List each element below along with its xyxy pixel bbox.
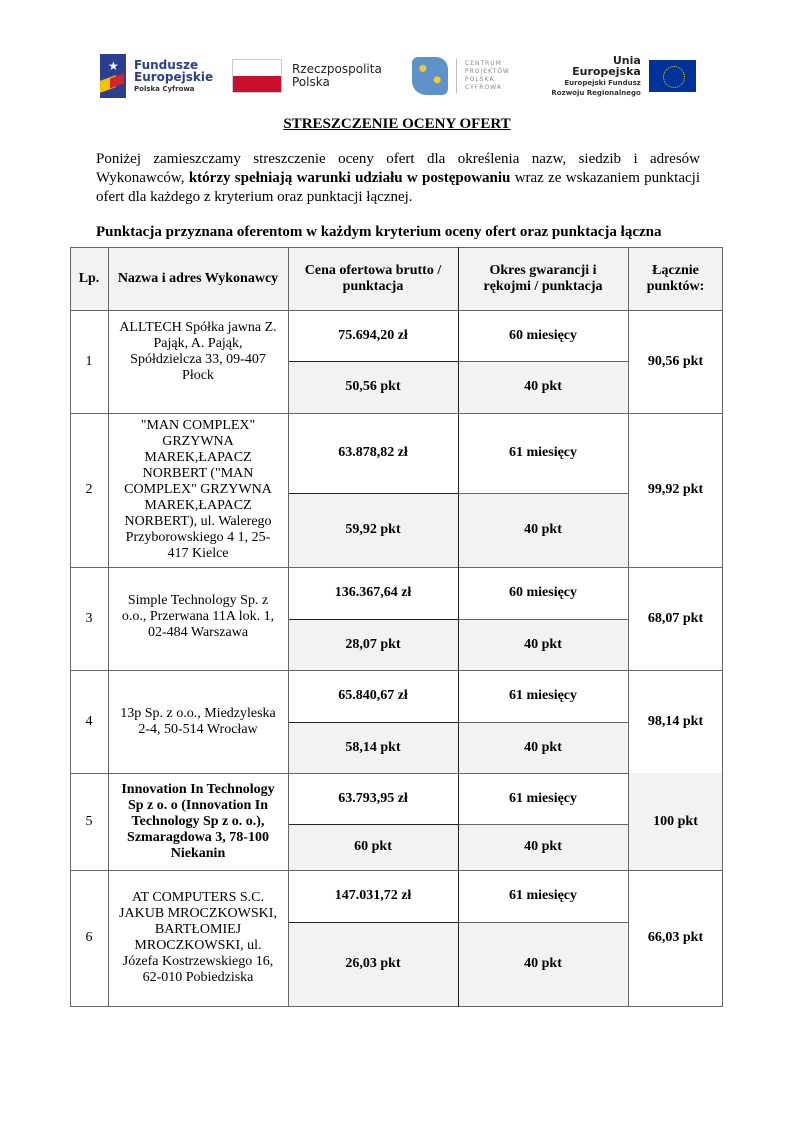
logo-text: POLSKA xyxy=(465,76,510,84)
header-price: Cena ofertowa brutto / punktacja xyxy=(288,247,458,310)
warranty-points: 40 pkt xyxy=(458,722,628,773)
table-border xyxy=(628,247,629,1007)
logo-text: Rozwoju Regionalnego xyxy=(542,90,641,97)
table-border xyxy=(288,361,458,362)
logo-bar: ★ Fundusze Europejskie Polska Cyfrowa Rz… xyxy=(96,48,696,104)
total-points: 98,14 pkt xyxy=(628,670,723,773)
logo-text: Polska xyxy=(292,76,382,89)
table-border xyxy=(288,922,458,923)
table-border xyxy=(70,247,723,248)
price-value: 75.694,20 zł xyxy=(288,310,458,361)
total-points: 100 pkt xyxy=(628,773,723,870)
logo-text: PROJEKTÓW xyxy=(465,68,510,76)
contractor-name-address: Innovation In Technology Sp z o. o (Inno… xyxy=(108,773,288,870)
unia-europejska-logo: Unia Europejska Europejski Fundusz Rozwo… xyxy=(542,48,696,104)
table-border xyxy=(458,361,628,362)
price-points: 60 pkt xyxy=(288,824,458,870)
price-value: 136.367,64 zł xyxy=(288,567,458,619)
row-number: 4 xyxy=(70,670,108,773)
warranty-value: 61 miesięcy xyxy=(458,413,628,493)
logo-text: Europejski Fundusz xyxy=(542,80,641,87)
table-caption: Punktacja przyznana oferentom w każdym k… xyxy=(96,224,706,241)
document-title: STRESZCZENIE OCENY OFERT xyxy=(0,116,794,133)
logo-text: CENTRUM xyxy=(465,60,510,68)
row-number: 5 xyxy=(70,773,108,870)
intro-paragraph: Poniżej zamieszczamy streszczenie oceny … xyxy=(96,150,700,207)
eu-flag-icon xyxy=(649,60,696,92)
warranty-points: 40 pkt xyxy=(458,493,628,567)
row-number: 6 xyxy=(70,870,108,1006)
price-points: 50,56 pkt xyxy=(288,361,458,413)
row-number: 2 xyxy=(70,413,108,567)
logo-text: Polska Cyfrowa xyxy=(134,86,213,93)
table-border xyxy=(458,722,628,723)
table-border xyxy=(288,619,458,620)
warranty-points: 40 pkt xyxy=(458,824,628,870)
price-points: 59,92 pkt xyxy=(288,493,458,567)
price-value: 63.878,82 zł xyxy=(288,413,458,493)
price-points: 28,07 pkt xyxy=(288,619,458,670)
warranty-points: 40 pkt xyxy=(458,361,628,413)
price-value: 147.031,72 zł xyxy=(288,870,458,922)
logo-text: Europejskie xyxy=(134,71,213,83)
total-points: 66,03 pkt xyxy=(628,870,723,1006)
centrum-projektow-logo: CENTRUM PROJEKTÓW POLSKA CYFROWA xyxy=(412,48,510,104)
warranty-value: 61 miesięcy xyxy=(458,773,628,824)
intro-bold-text: którzy spełniają warunki udziału w postę… xyxy=(189,170,511,186)
logo-text: Unia Europejska xyxy=(542,55,641,77)
warranty-points: 40 pkt xyxy=(458,619,628,670)
contractor-name-address: ALLTECH Spółka jawna Z. Pająk, A. Pająk,… xyxy=(108,310,288,413)
logo-text: CYFROWA xyxy=(465,84,510,92)
contractor-name-address: AT COMPUTERS S.C. JAKUB MROCZKOWSKI, BAR… xyxy=(108,870,288,1006)
total-points: 90,56 pkt xyxy=(628,310,723,413)
table-border xyxy=(458,247,459,1007)
table-border xyxy=(722,247,723,1007)
price-points: 58,14 pkt xyxy=(288,722,458,773)
price-points: 26,03 pkt xyxy=(288,922,458,1006)
table-border xyxy=(288,493,458,494)
warranty-value: 60 miesięcy xyxy=(458,567,628,619)
fundusze-europejskie-logo: ★ Fundusze Europejskie Polska Cyfrowa xyxy=(100,48,213,104)
header-warranty: Okres gwarancji i rękojmi / punktacja xyxy=(458,247,628,310)
table-border xyxy=(70,1006,723,1007)
poland-map-circuit-icon xyxy=(412,57,448,95)
warranty-points: 40 pkt xyxy=(458,922,628,1006)
header-name: Nazwa i adres Wykonawcy xyxy=(108,247,288,310)
header-total: Łącznie punktów: xyxy=(628,247,723,310)
warranty-value: 61 miesięcy xyxy=(458,870,628,922)
table-border xyxy=(458,493,628,494)
price-value: 65.840,67 zł xyxy=(288,670,458,722)
table-border xyxy=(458,824,628,825)
rzeczpospolita-logo: Rzeczpospolita Polska xyxy=(232,48,382,104)
fundusze-star-icon: ★ xyxy=(100,54,126,98)
header-lp: Lp. xyxy=(70,247,108,310)
table-border xyxy=(70,310,723,311)
contractor-name-address: 13p Sp. z o.o., Miedzyleska 2-4, 50-514 … xyxy=(108,670,288,773)
total-points: 99,92 pkt xyxy=(628,413,723,567)
warranty-value: 61 miesięcy xyxy=(458,670,628,722)
table-border xyxy=(288,247,289,1007)
table-border xyxy=(458,619,628,620)
contractor-name-address: "MAN COMPLEX" GRZYWNA MAREK,ŁAPACZ NORBE… xyxy=(108,413,288,567)
table-border xyxy=(458,922,628,923)
table-border xyxy=(70,247,71,1007)
table-border xyxy=(108,247,109,1007)
row-number: 3 xyxy=(70,567,108,670)
total-points: 68,07 pkt xyxy=(628,567,723,670)
polish-flag-icon xyxy=(232,59,282,93)
table-border xyxy=(288,824,458,825)
row-number: 1 xyxy=(70,310,108,413)
table-border xyxy=(288,722,458,723)
price-value: 63.793,95 zł xyxy=(288,773,458,824)
contractor-name-address: Simple Technology Sp. z o.o., Przerwana … xyxy=(108,567,288,670)
warranty-value: 60 miesięcy xyxy=(458,310,628,361)
